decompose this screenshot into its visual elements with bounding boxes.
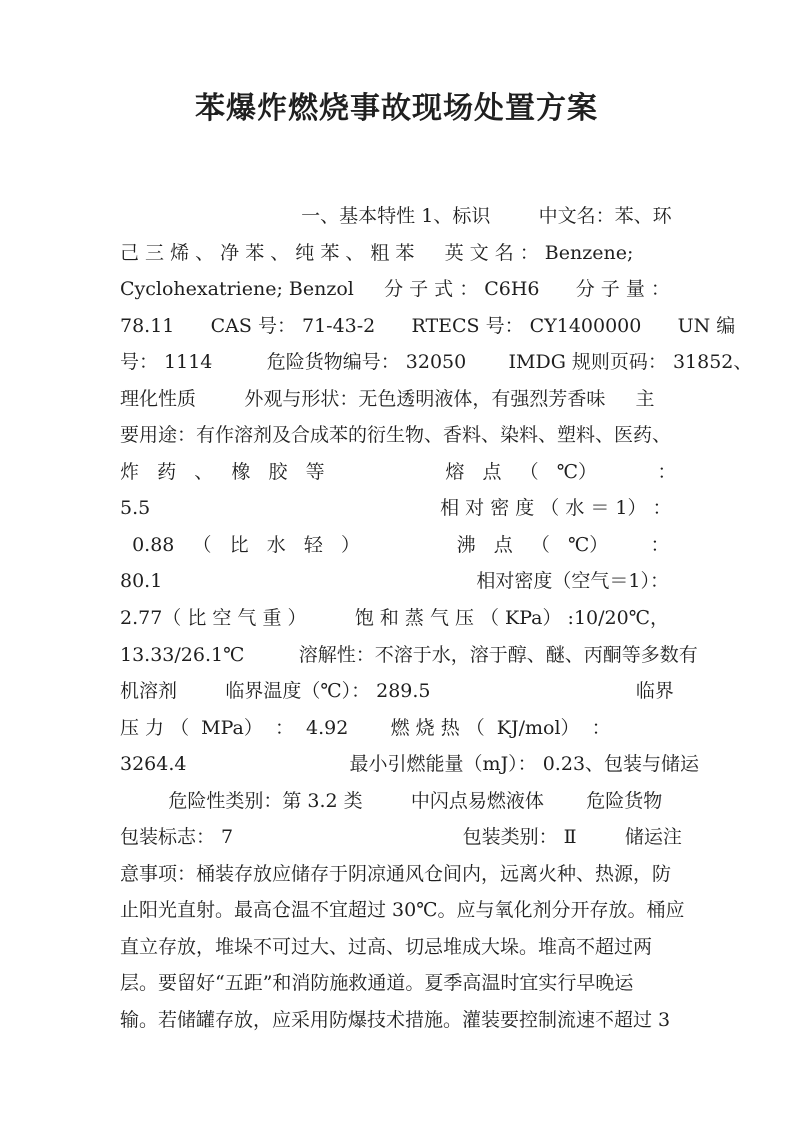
text-line: 己 三 烯 、 净 苯 、 纯 苯 、 粗 苯 英 文 名 ： Benzene; [120, 235, 680, 272]
text-line: 理化性质 外观与形状：无色透明液体，有强烈芳香味 主 [120, 381, 680, 418]
text-line: 号： 1114 危险货物编号： 32050 IMDG 规则页码： 31852、 [120, 344, 680, 381]
document-page: 苯爆炸燃烧事故现场处置方案 一、基本特性 1、标识 中文名：苯、环己 三 烯 、… [0, 0, 793, 1122]
document-body: 一、基本特性 1、标识 中文名：苯、环己 三 烯 、 净 苯 、 纯 苯 、 粗… [120, 198, 680, 1039]
text-line: 层。要留好“五距”和消防施救通道。夏季高温时宜实行早晚运 [120, 965, 680, 1002]
text-line: 压 力 （ MPa） ： 4.92 燃 烧 热 （ KJ/mol） ： [120, 710, 680, 747]
document-title: 苯爆炸燃烧事故现场处置方案 [0, 88, 793, 130]
text-line: 0.88 （ 比 水 轻 ） 沸 点 （ ℃） ： [120, 527, 680, 564]
text-line: 2.77（ 比 空 气 重 ） 饱 和 蒸 气 压 （ KPa） :10/20℃… [120, 600, 680, 637]
text-line: 一、基本特性 1、标识 中文名：苯、环 [120, 198, 680, 235]
text-line: 危险性类别：第 3.2 类 中闪点易燃液体 危险货物 [120, 783, 680, 820]
text-line: 78.11 CAS 号： 71-43-2 RTECS 号： CY1400000 … [120, 308, 680, 345]
text-line: 13.33/26.1℃ 溶解性：不溶于水，溶于醇、醚、丙酮等多数有 [120, 637, 680, 674]
text-line: 3264.4 最小引燃能量（mJ）： 0.23、包装与储运 [120, 746, 680, 783]
text-line: 输。若储罐存放，应采用防爆技术措施。灌装要控制流速不超过 3 [120, 1002, 680, 1039]
text-line: 止阳光直射。最高仓温不宜超过 30℃。应与氧化剂分开存放。桶应 [120, 892, 680, 929]
text-line: 炸 药 、 橡 胶 等 熔 点 （ ℃） ： [120, 454, 680, 491]
text-line: 要用途：有作溶剂及合成苯的衍生物、香料、染料、塑料、医药、 [120, 417, 680, 454]
text-line: 意事项：桶装存放应储存于阴凉通风仓间内，远离火种、热源，防 [120, 856, 680, 893]
text-line: Cyclohexatriene; Benzol 分 子 式 ： C6H6 分 子… [120, 271, 680, 308]
text-line: 机溶剂 临界温度（℃）： 289.5 临界 [120, 673, 680, 710]
text-line: 80.1 相对密度（空气＝1）： [120, 563, 680, 600]
text-line: 5.5 相 对 密 度 （ 水 ＝ 1） ： [120, 490, 680, 527]
text-line: 包装标志： 7 包装类别： Ⅱ 储运注 [120, 819, 680, 856]
text-line: 直立存放，堆垛不可过大、过高、切忌堆成大垛。堆高不超过两 [120, 929, 680, 966]
